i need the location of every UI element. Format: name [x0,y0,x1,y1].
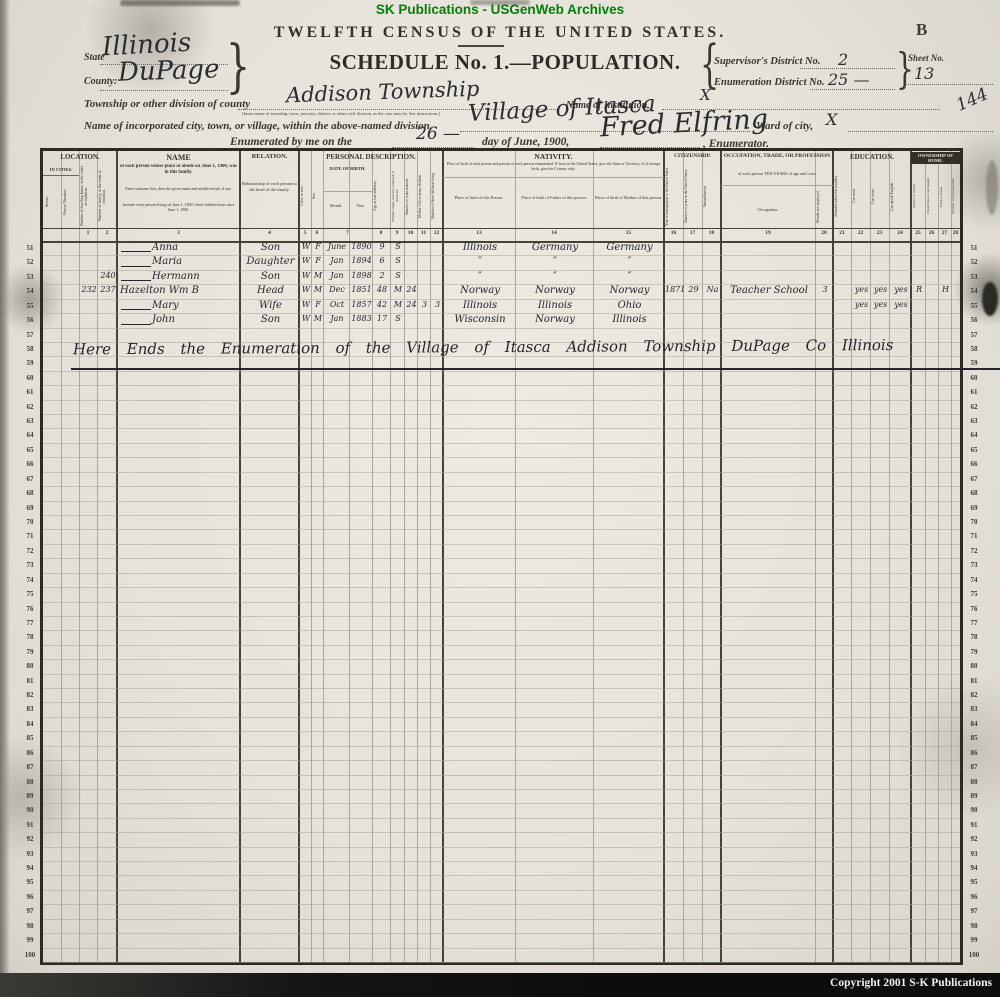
row-number-left: 51 [19,244,41,252]
entry-marital: M [391,300,405,314]
entry-month: June [324,242,350,256]
row-number-right: 93 [963,850,985,858]
row-line [43,515,960,516]
schedule-title: SCHEDULE No. 1.—POPULATION. [270,50,740,75]
column-line [79,151,80,962]
row-line [43,645,960,646]
entry-marital: M [391,285,405,299]
column-line [851,151,852,962]
row-line [43,933,960,934]
row-number-right: 68 [963,489,985,497]
entry-color: W [300,242,312,256]
entry-year: 1851 [350,285,373,299]
row-line [43,630,960,631]
row-number-left: 59 [19,359,41,367]
entry-pob_mother: Ohio [594,300,665,314]
county-label: County: [84,76,117,87]
naturalization-column-header: Naturalization. [703,165,720,227]
row-number-right: 72 [963,547,985,555]
column-line [938,151,939,962]
title-rule [458,45,504,47]
row-number-right: 62 [963,403,985,411]
column-number: 6 [311,230,323,236]
row-number-left: 84 [19,720,41,728]
row-line [43,861,960,862]
row-number-right: 86 [963,749,985,757]
row-number-left: 88 [19,778,41,786]
row-number-left: 98 [19,922,41,930]
row-number-right: 85 [963,734,985,742]
entry-children_living: 3 [431,300,444,314]
row-line [43,385,960,386]
entry-year: 1894 [350,256,373,270]
occupation-divider [721,185,833,186]
entry-relation: Son [241,271,300,285]
column-line [951,151,952,962]
row-number-left: 82 [19,691,41,699]
can-write-column-header: Can write. [871,165,888,227]
entry-year: 1898 [350,271,373,285]
county-value-handwriting: DuPage [118,54,220,88]
entry-age: 42 [373,300,391,314]
row-number-right: 76 [963,605,985,613]
personal-description-section-title: PERSONAL DESCRIPTION. [299,153,443,161]
occupation-column-header: Occupation. [723,207,813,212]
row-number-left: 79 [19,648,41,656]
row-number-right: 92 [963,835,985,843]
row-number-right: 58 [963,345,985,353]
column-line [702,151,703,962]
name-column-note1: Enter surname first, then the given name… [121,187,236,192]
row-line [43,501,960,502]
column-line [815,151,816,962]
scan-smudge [982,282,998,316]
entry-age: 2 [373,271,391,285]
row-line [43,962,960,963]
column-line [889,151,890,962]
entry-years_married: 24 [405,285,418,299]
row-number-left: 76 [19,605,41,613]
entry-year: 1890 [350,242,373,256]
column-line [925,151,926,962]
column-number: 23 [870,230,889,236]
owned-rented-column-header: Owned or rented. [912,165,924,227]
column-number: 2 [97,230,117,236]
county-blank-line [100,90,228,91]
farm-schedule-column-header: Number of farm schedule. [951,165,960,227]
entry-name: Maria [118,256,241,270]
entry-relation: Wife [241,300,300,314]
entry-pob_mother: Germany [594,242,665,256]
township-instruction-note: [Insert name of township, town, precinct… [242,111,440,116]
column-number: 28 [951,230,960,236]
row-line [43,904,960,905]
enumeration-district-label: Enumeration District No. [714,77,825,88]
row-number-right: 84 [963,720,985,728]
row-number-right: 77 [963,619,985,627]
row-number-right: 70 [963,518,985,526]
row-number-right: 59 [963,359,985,367]
column-number: 19 [721,230,815,236]
entry-age: 17 [373,314,391,328]
column-line [417,151,418,962]
row-number-left: 77 [19,619,41,627]
surname-ditto-dash [121,251,151,252]
date-of-birth-header: DATE OF BIRTH. [323,166,372,172]
farm-house-column-header: Farm or house. [939,165,950,227]
free-mortgaged-column-header: Owned free or mortgaged. [926,165,937,227]
column-number: 11 [417,230,430,236]
row-number-left: 80 [19,662,41,670]
row-line [43,702,960,703]
row-line [43,746,960,747]
row-line [43,602,960,603]
row-number-right: 78 [963,633,985,641]
district-close-brace: } [896,44,914,94]
speak-english-column-header: Can speak English. [890,165,910,227]
entry-pob_mother: Illinois [594,314,665,328]
row-number-right: 83 [963,705,985,713]
nativity-section-title: NATIVITY. [443,152,664,161]
nativity-divider [443,177,664,178]
entry-sex: F [312,300,324,314]
pob-mother-column-header: Place of birth of Mother of this person. [594,195,663,201]
row-number-right: 98 [963,922,985,930]
row-line [43,414,960,415]
row-number-left: 91 [19,821,41,829]
row-number-left: 52 [19,258,41,266]
entry-read: yes [852,285,871,299]
row-number-left: 86 [19,749,41,757]
row-number-left: 53 [19,273,41,281]
row-line [43,717,960,718]
entry-year: 1857 [350,300,373,314]
enumeration-district-value: 25 — [828,70,869,89]
entry-month: Jan [324,256,350,270]
column-line [683,151,684,962]
immigration-year-column-header: Year of immigration to the United States… [665,165,682,227]
entry-naturalization: Na [703,285,722,299]
entry-sex: F [312,256,324,270]
ownership-section-title: OWNERSHIP OF HOME. [911,152,960,164]
ward-blank-line [848,131,993,132]
column-line [870,151,871,962]
sex-column-header: Sex. [312,165,322,227]
entry-owned: R [912,285,926,299]
column-number: 21 [833,230,851,236]
entry-marital: S [391,271,405,285]
entry-month: Oct [324,300,350,314]
name-column-note2: Include every person living on June 1, 1… [121,203,236,213]
entry-color: W [300,256,312,270]
row-line [43,616,960,617]
row-number-right: 75 [963,590,985,598]
education-section-title: EDUCATION. [833,153,911,161]
row-line [43,818,960,819]
row-line [43,544,960,545]
row-line [43,457,960,458]
location-section-title: LOCATION. [43,153,117,161]
entry-name: Hazelton Wm B [118,285,241,299]
entry-pob: ″ [444,271,516,285]
entry-dwelling: 232 [80,285,98,299]
township-label: Township or other division of county [84,98,250,110]
occupation-subtitle: of each person TEN YEARS of age and over… [723,171,831,176]
row-number-left: 89 [19,792,41,800]
entry-pob: ″ [444,256,516,270]
entry-sex: F [312,242,324,256]
ward-x-mark: X [826,110,837,129]
row-number-right: 65 [963,446,985,454]
row-number-left: 66 [19,460,41,468]
row-number-left: 68 [19,489,41,497]
entry-age: 48 [373,285,391,299]
row-number-left: 70 [19,518,41,526]
city-label: Name of incorporated city, town, or vill… [84,120,433,132]
entry-color: W [300,314,312,328]
children-living-column-header: Number of these children living. [431,165,442,227]
months-not-employed-column-header: Months not employed. [816,187,832,227]
closing-annotation: Here Ends the Enumeration of the Village… [73,336,943,359]
row-number-left: 90 [19,806,41,814]
supervisor-district-label: Supervisor's District No. [714,56,820,67]
surname-ditto-dash [121,280,151,281]
row-line [43,573,960,574]
row-number-left: 81 [19,677,41,685]
row-number-left: 100 [19,951,41,959]
row-line [43,587,960,588]
row-number-left: 73 [19,561,41,569]
entry-color: W [300,300,312,314]
left-brace: } [226,33,250,99]
census-table: 5151525253535454555556565757585859596060… [40,148,963,965]
column-number: 5 [299,230,311,236]
column-number: 24 [889,230,911,236]
row-number-right: 97 [963,907,985,915]
attended-school-column-header: Attended school (in months). [834,165,850,227]
color-race-column-header: Color or race. [300,165,310,227]
column-number: 14 [515,230,593,236]
column-number: 8 [372,230,390,236]
street-column-header: Street. [44,177,60,227]
row-number-left: 71 [19,532,41,540]
row-number-left: 93 [19,850,41,858]
row-line [43,443,960,444]
year-column-header: Year. [349,203,372,208]
row-line [43,760,960,761]
entry-relation: Head [241,285,300,299]
month-column-header: Month. [323,203,349,208]
row-number-right: 94 [963,864,985,872]
column-number: 22 [851,230,870,236]
column-number: 20 [815,230,833,236]
entry-pob: Illinois [444,300,516,314]
entry-month: Dec [324,285,350,299]
corner-letter: B [916,20,928,40]
column-number: 9 [390,230,404,236]
column-number: 26 [925,230,938,236]
entry-months_not_employed: 3 [816,285,834,299]
row-line [43,558,960,559]
entry-family: 237 [98,285,118,299]
row-line [43,472,960,473]
row-number-right: 80 [963,662,985,670]
column-number: 25 [911,230,925,236]
copyright-notice: Copyright 2001 S-K Publications [830,977,992,989]
row-number-left: 87 [19,763,41,771]
row-number-right: 71 [963,532,985,540]
in-cities-header: IN CITIES. [43,164,79,176]
dob-divider [323,191,372,192]
entry-write: yes [871,300,890,314]
mother-of-children-column-header: Mother of how many children. [418,165,429,227]
nativity-description: Place of birth of each person and parent… [445,162,662,172]
entry-color: W [300,285,312,299]
row-number-right: 64 [963,431,985,439]
row-number-right: 56 [963,316,985,324]
column-line [832,151,834,962]
entry-age: 9 [373,242,391,256]
institution-x-mark: X [700,86,711,104]
column-number: 17 [683,230,702,236]
entry-pob_mother: Norway [594,285,665,299]
entry-pob: Illinois [444,242,516,256]
enumerated-post-label: day of June, 1900, [482,136,569,148]
row-line [43,789,960,790]
entry-color: W [300,271,312,285]
row-line [43,400,960,401]
row-line [43,875,960,876]
column-number: 7 [323,230,372,236]
enumeration-blank-line [810,89,895,90]
entry-mother_children: 3 [418,300,431,314]
row-line [43,948,960,949]
enumerated-day-handwriting: 26 — [416,124,460,144]
column-line [910,151,912,962]
row-line [43,674,960,675]
row-number-right: 100 [963,951,985,959]
row-number-left: 54 [19,287,41,295]
column-number: 3 [117,230,240,236]
row-number-left: 55 [19,302,41,310]
row-number-right: 60 [963,374,985,382]
column-number: 12 [430,230,443,236]
column-number: 1 [79,230,97,236]
row-number-left: 69 [19,504,41,512]
column-number: 13 [443,230,515,236]
entry-pob: Wisconsin [444,314,516,328]
entry-pob_father: ″ [516,271,594,285]
column-line [720,151,722,962]
row-line [43,659,960,660]
scan-smudge [986,160,998,215]
entry-immigration: 1871 [665,285,684,299]
age-column-header: Age at last birthday. [373,165,389,227]
relation-section-title: RELATION. [240,153,299,160]
family-number-column-header: Number of family, in the order of visita… [98,165,116,227]
entry-english: yes [890,285,912,299]
entry-name: John [118,314,241,328]
row-number-left: 83 [19,705,41,713]
row-number-right: 99 [963,936,985,944]
row-number-left: 63 [19,417,41,425]
row-number-left: 75 [19,590,41,598]
entry-sex: M [312,271,324,285]
row-number-right: 57 [963,331,985,339]
can-read-column-header: Can read. [852,165,869,227]
row-number-right: 51 [963,244,985,252]
row-number-left: 95 [19,878,41,886]
row-number-right: 61 [963,388,985,396]
column-line [61,151,62,962]
row-number-right: 73 [963,561,985,569]
entry-english: yes [890,300,912,314]
entry-marital: S [391,314,405,328]
row-number-left: 60 [19,374,41,382]
row-line [43,803,960,804]
sheet-no-label: Sheet No. [908,53,944,63]
entry-years_married: 24 [405,300,418,314]
row-line [43,832,960,833]
column-number: 27 [938,230,951,236]
row-line [43,775,960,776]
entry-family: 240 [98,271,118,285]
enumerated-label: Enumerated by me on the [230,136,352,148]
column-line [430,151,431,962]
entry-relation: Son [241,242,300,256]
row-number-right: 63 [963,417,985,425]
years-in-us-column-header: Number of years in the United States. [684,165,701,227]
entry-name: Anna [118,242,241,256]
column-number: 18 [702,230,721,236]
pob-father-column-header: Place of birth of Father of this person. [516,195,592,201]
entry-marital: S [391,242,405,256]
row-number-left: 61 [19,388,41,396]
entry-read: yes [852,300,871,314]
row-number-left: 78 [19,633,41,641]
name-section-title: NAME [117,153,240,162]
column-number: 10 [404,230,417,236]
entry-sex: M [312,285,324,299]
entry-pob_father: Norway [516,314,594,328]
row-number-left: 58 [19,345,41,353]
row-number-right: 82 [963,691,985,699]
row-number-right: 69 [963,504,985,512]
surname-ditto-dash [121,324,151,325]
entry-year: 1883 [350,314,373,328]
row-number-left: 94 [19,864,41,872]
name-column-description: of each person whose place of abode on J… [119,164,238,176]
row-number-right: 53 [963,273,985,281]
scan-smudge [120,0,240,6]
row-number-left: 96 [19,893,41,901]
row-number-right: 89 [963,792,985,800]
row-number-left: 62 [19,403,41,411]
row-line [43,890,960,891]
row-number-right: 91 [963,821,985,829]
row-line [43,847,960,848]
row-number-left: 64 [19,431,41,439]
column-number: 16 [664,230,683,236]
row-number-right: 74 [963,576,985,584]
pob-person-column-header: Place of birth of this Person. [444,195,514,201]
entry-pob_father: Norway [516,285,594,299]
row-number-left: 99 [19,936,41,944]
house-number-column-header: House Number. [62,177,78,227]
row-number-right: 88 [963,778,985,786]
entry-name: Mary [118,300,241,314]
row-number-right: 79 [963,648,985,656]
